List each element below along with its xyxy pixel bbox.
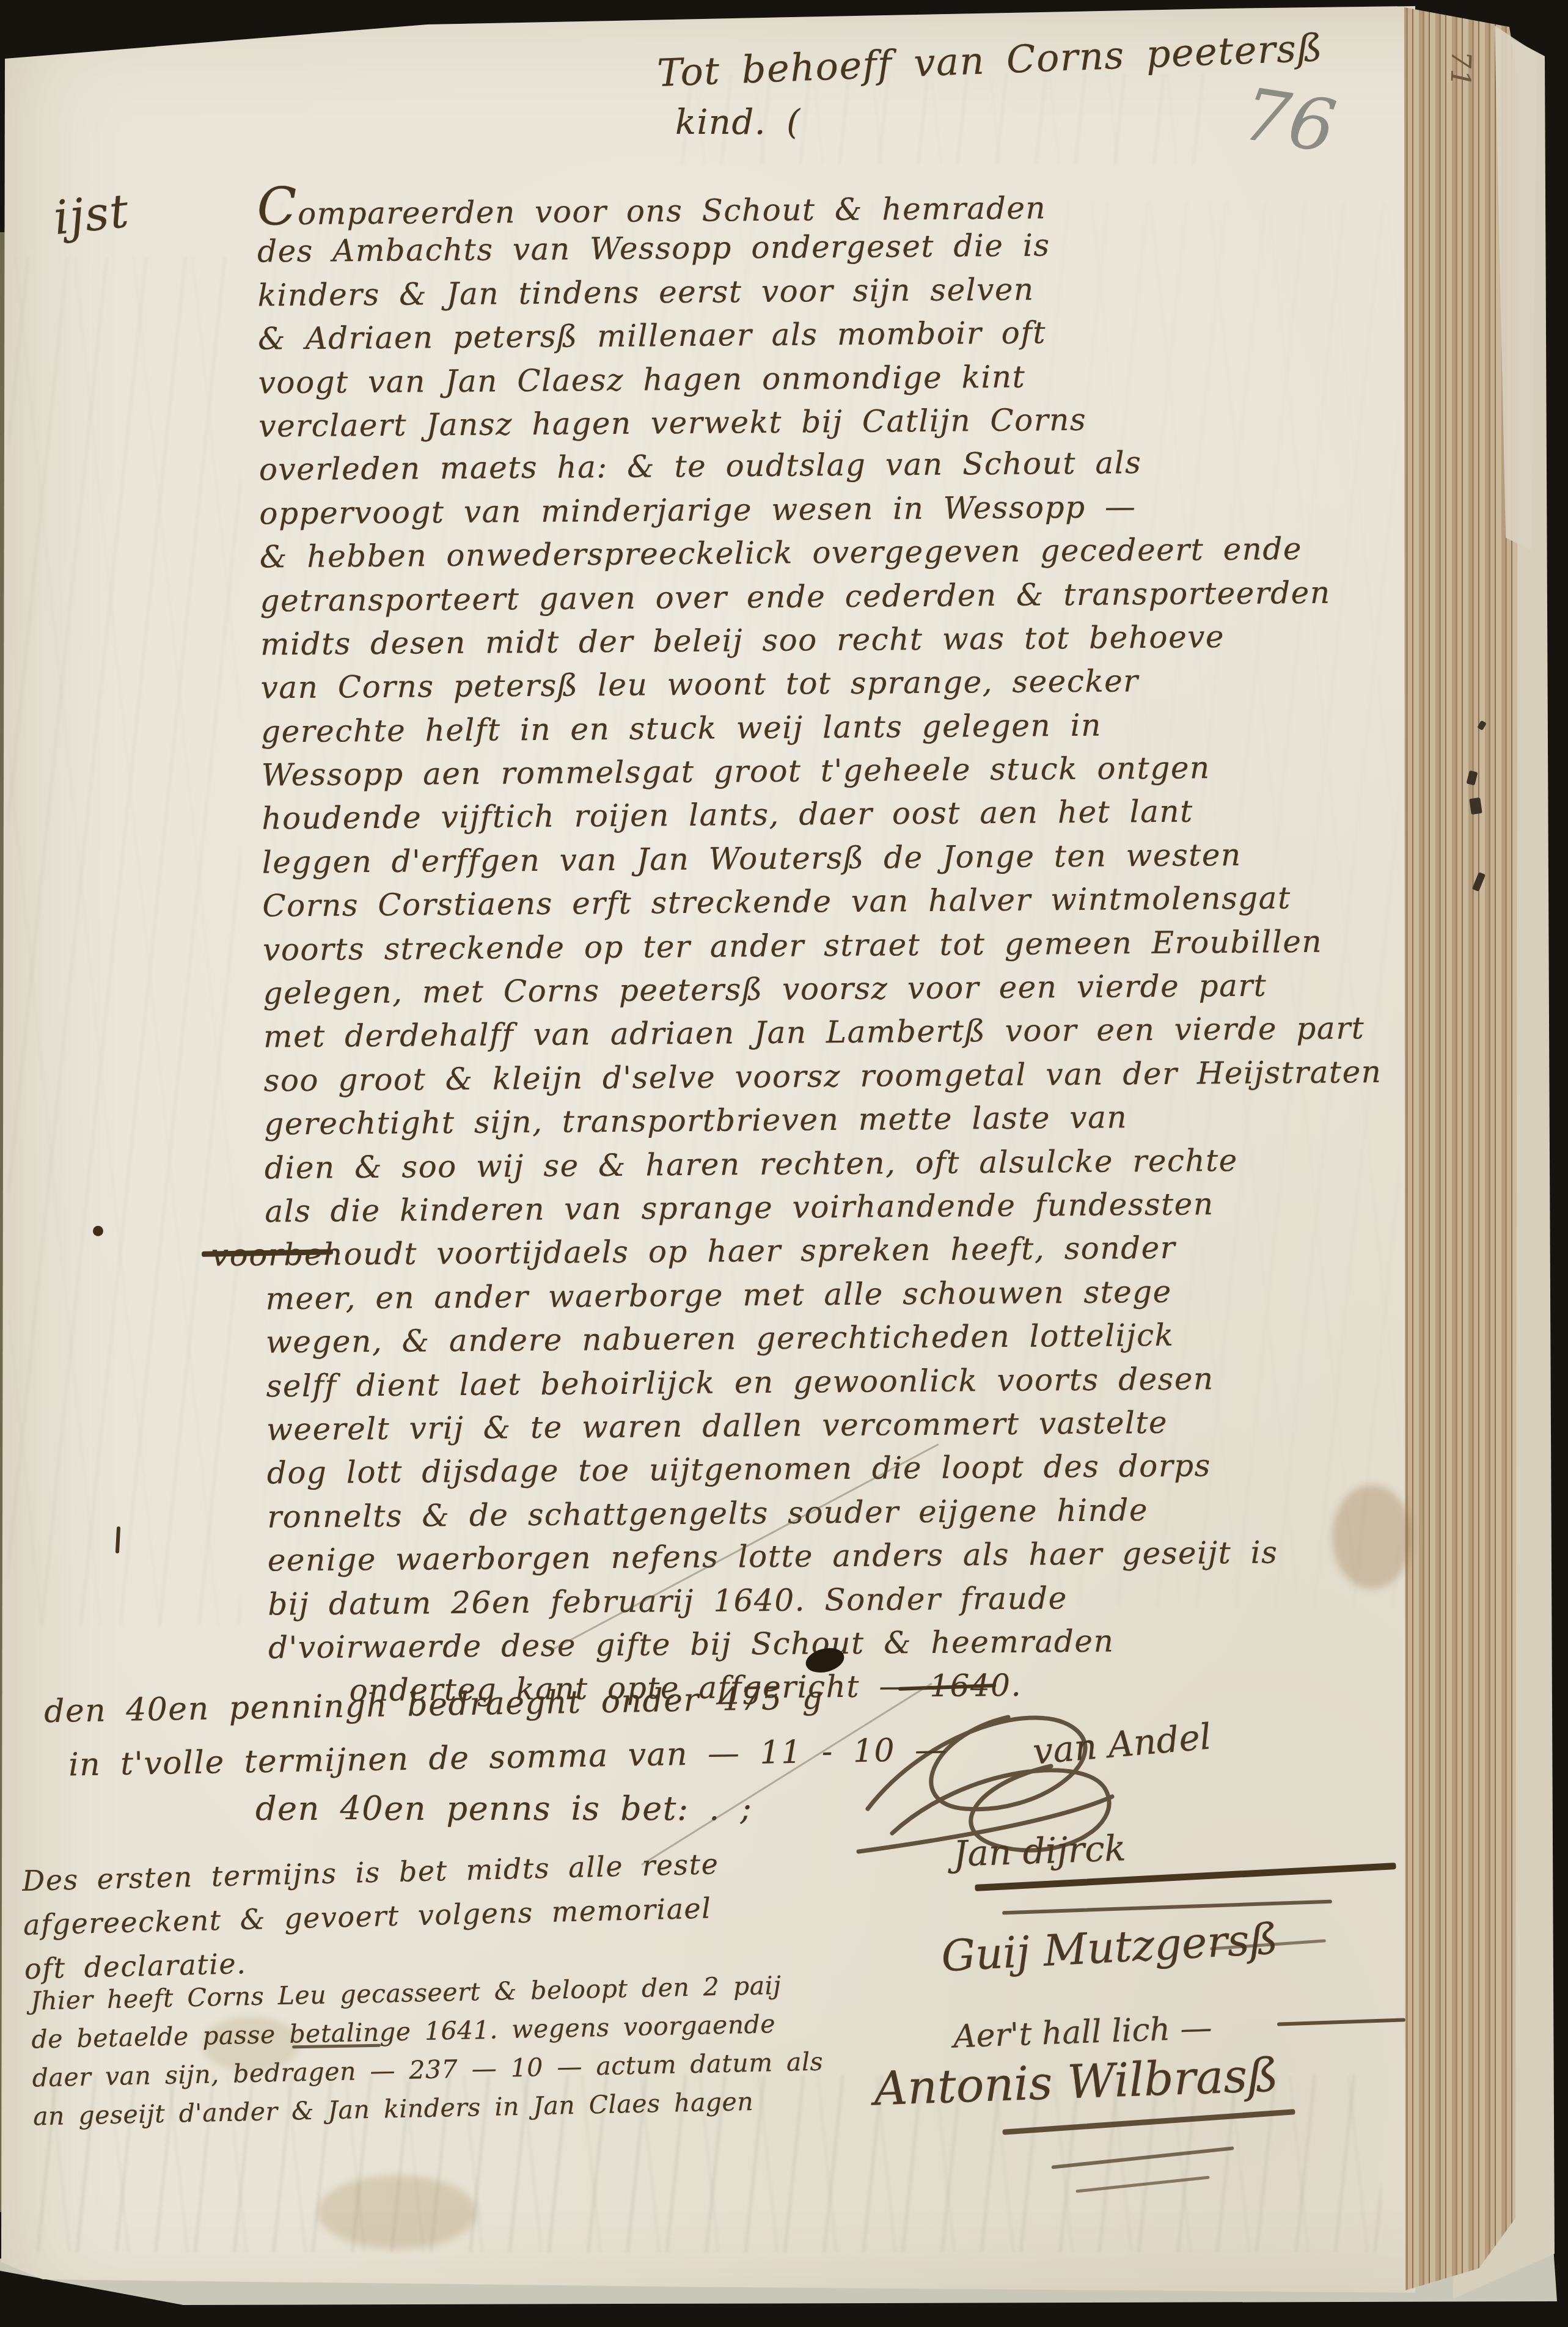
header-title-continuation: kind. (	[675, 103, 801, 142]
folio-number-pencil: 76	[1237, 71, 1341, 169]
signature-jan-dijrck: Jan dijrck	[953, 1827, 1127, 1875]
margin-annotation: ijst	[51, 183, 132, 245]
paper-stain	[318, 2175, 477, 2249]
payment-note-block: Jhier heeft Corns Leu gecasseert & beloo…	[31, 1965, 825, 2136]
fore-edge-ink-speck	[1469, 797, 1482, 815]
ink-dot-margin	[93, 1226, 103, 1236]
fore-edge-number: 71	[1444, 51, 1476, 89]
manuscript-photo: Tot behoeff van Corns peetersß kind. ( 7…	[0, 0, 1568, 2327]
settlement-note-block: Des ersten termijns is bet midts alle re…	[22, 1842, 722, 1991]
tax-note-line: den 40en penns is bet: . ;	[255, 1789, 752, 1828]
deed-text-block: Compareerden voor ons Schout & hemradend…	[257, 178, 1430, 1714]
